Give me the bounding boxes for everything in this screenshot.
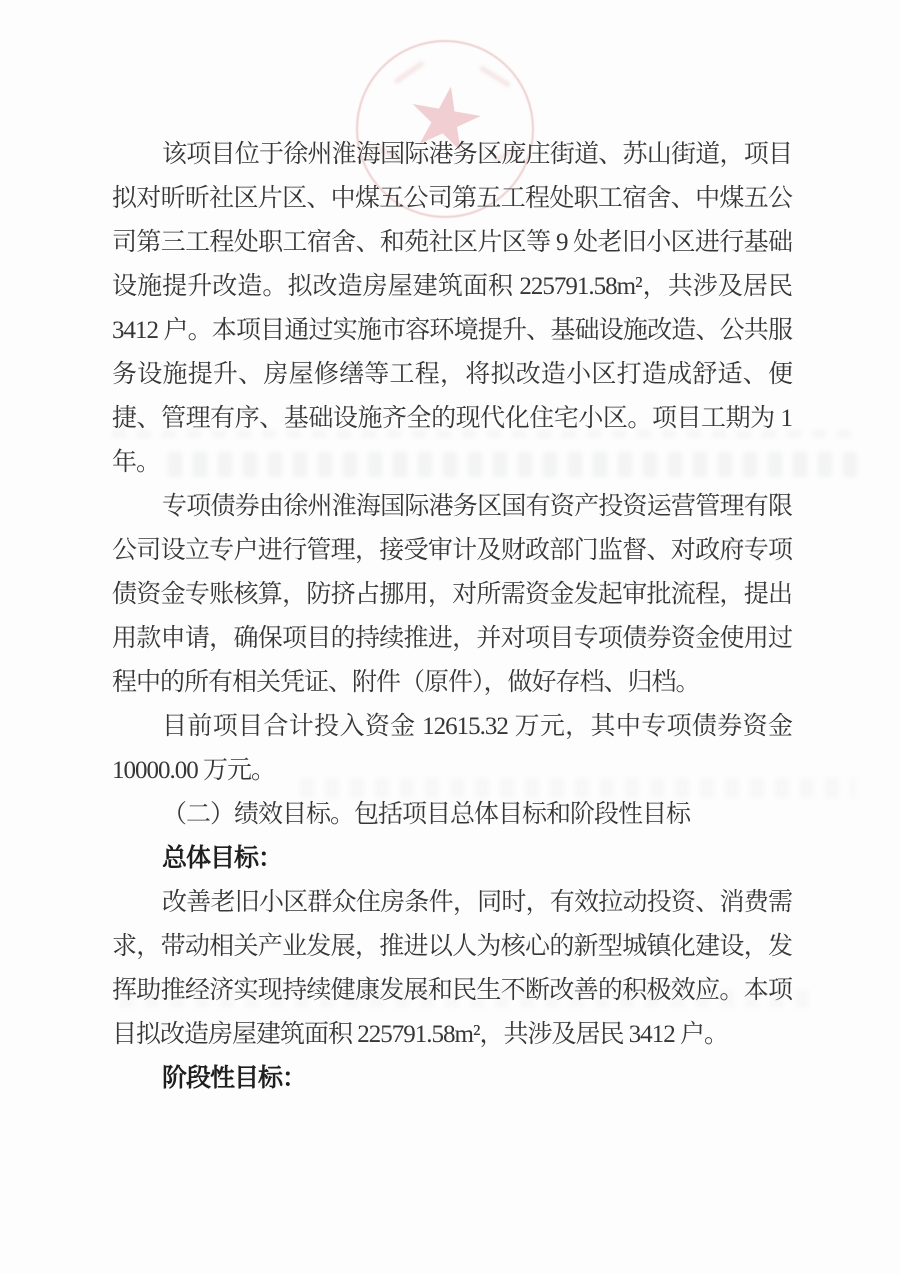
document-body: 该项目位于徐州淮海国际港务区庞庄街道、苏山街道，项目拟对昕昕社区片区、中煤五公司… [112,133,792,1101]
heading-overall-goal: 总体目标： [112,837,792,881]
seal-text-fragment [479,65,510,87]
paragraph-project-overview: 该项目位于徐州淮海国际港务区庞庄街道、苏山街道，项目拟对昕昕社区片区、中煤五公司… [112,133,792,485]
section-lead-performance-goals: （二）绩效目标。包括项目总体目标和阶段性目标 [112,793,792,837]
paragraph-overall-goal-content: 改善老旧小区群众住房条件，同时，有效拉动投资、消费需求，带动相关产业发展，推进以… [112,881,792,1057]
paragraph-current-investment: 目前项目合计投入资金 12615.32 万元，其中专项债券资金 10000.00… [112,705,792,793]
paragraph-bond-fund-management: 专项债券由徐州淮海国际港务区国有资产投资运营管理有限公司设立专户进行管理，接受审… [112,485,792,705]
seal-text-fragment [394,61,425,85]
scanned-document-page: 该项目位于徐州淮海国际港务区庞庄街道、苏山街道，项目拟对昕昕社区片区、中煤五公司… [0,0,900,1274]
heading-phased-goal: 阶段性目标： [112,1057,792,1101]
